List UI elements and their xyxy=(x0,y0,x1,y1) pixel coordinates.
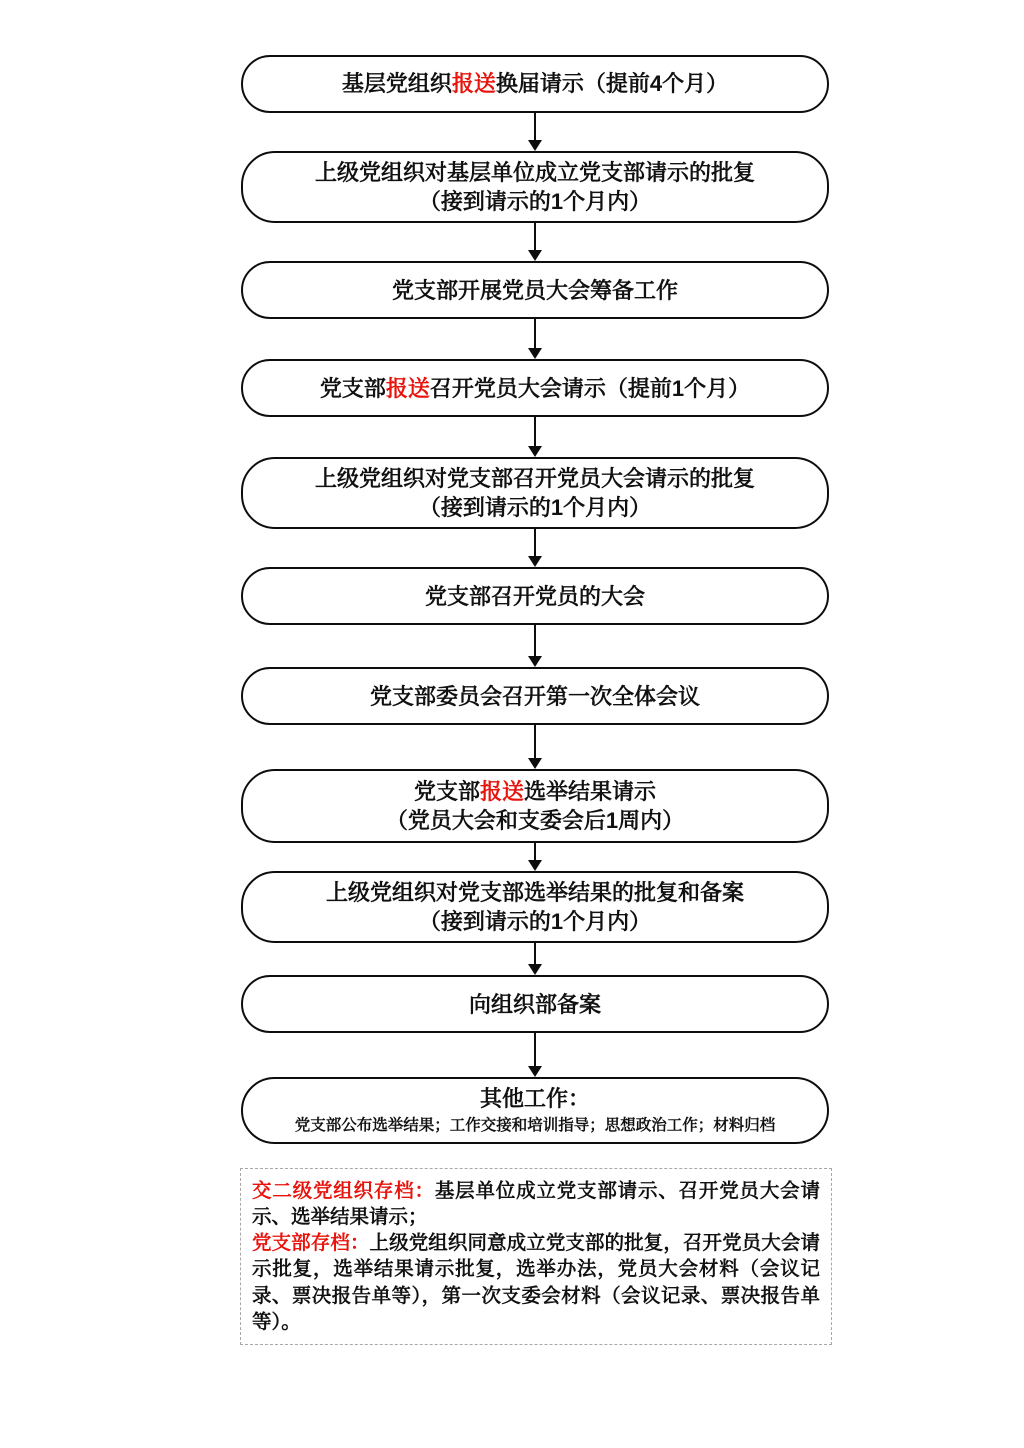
node-11-title: 其他工作： xyxy=(480,1084,590,1113)
arrow-line xyxy=(534,223,536,250)
arrow-line xyxy=(534,725,536,758)
arrow-down-icon xyxy=(528,446,542,457)
arrow-down-icon xyxy=(528,556,542,567)
flow-node-1: 基层党组织报送换届请示（提前4个月） xyxy=(241,55,829,113)
flow-arrow xyxy=(528,113,542,151)
flow-arrow xyxy=(528,625,542,667)
arrow-down-icon xyxy=(528,860,542,871)
arrow-line xyxy=(534,319,536,348)
arrow-down-icon xyxy=(528,964,542,975)
flow-node-8: 党支部报送选举结果请示 （党员大会和支委会后1周内） xyxy=(241,769,829,843)
flow-node-9: 上级党组织对党支部选举结果的批复和备案 （接到请示的1个月内） xyxy=(241,871,829,943)
note-item-2-label: 党支部存档： xyxy=(252,1232,370,1254)
node-1-highlight: 报送 xyxy=(452,71,496,96)
flowchart-page: 基层党组织报送换届请示（提前4个月） 上级党组织对基层单位成立党支部请示的批复 … xyxy=(0,0,1024,1448)
flow-arrow xyxy=(528,1033,542,1077)
node-1-text: 基层党组织报送换届请示（提前4个月） xyxy=(342,69,728,98)
arrow-line xyxy=(534,1033,536,1066)
flow-node-3: 党支部开展党员大会筹备工作 xyxy=(241,261,829,319)
node-8-post: 选举结果请示 xyxy=(524,779,656,804)
node-8-text: 党支部报送选举结果请示 xyxy=(414,777,656,806)
arrow-down-icon xyxy=(528,140,542,151)
node-2-line1: 上级党组织对基层单位成立党支部请示的批复 xyxy=(315,158,755,187)
flow-arrow xyxy=(528,319,542,359)
node-1-pre: 基层党组织 xyxy=(342,71,452,96)
flowchart-column: 基层党组织报送换届请示（提前4个月） 上级党组织对基层单位成立党支部请示的批复 … xyxy=(241,55,829,1144)
node-5-line2: （接到请示的1个月内） xyxy=(419,493,651,522)
flow-arrow xyxy=(528,725,542,769)
node-8-line2: （党员大会和支委会后1周内） xyxy=(386,806,684,835)
arrow-line xyxy=(534,843,536,860)
flow-node-11: 其他工作： 党支部公布选举结果；工作交接和培训指导；思想政治工作；材料归档 xyxy=(241,1077,829,1144)
flow-arrow xyxy=(528,943,542,975)
arrow-line xyxy=(534,529,536,556)
flow-node-5: 上级党组织对党支部召开党员大会请示的批复 （接到请示的1个月内） xyxy=(241,457,829,529)
node-4-text: 党支部报送召开党员大会请示（提前1个月） xyxy=(320,374,750,403)
flow-node-10: 向组织部备案 xyxy=(241,975,829,1033)
flow-arrow xyxy=(528,417,542,457)
flow-node-6: 党支部召开党员的大会 xyxy=(241,567,829,625)
flow-node-2: 上级党组织对基层单位成立党支部请示的批复 （接到请示的1个月内） xyxy=(241,151,829,223)
node-8-highlight: 报送 xyxy=(480,779,524,804)
arrow-down-icon xyxy=(528,656,542,667)
node-4-post: 召开党员大会请示（提前1个月） xyxy=(430,376,750,401)
arrow-line xyxy=(534,625,536,656)
arrow-down-icon xyxy=(528,1066,542,1077)
arrow-down-icon xyxy=(528,250,542,261)
archive-note-box: 交二级党组织存档：基层单位成立党支部请示、召开党员大会请示、选举结果请示； 党支… xyxy=(240,1168,832,1345)
node-3-line1: 党支部开展党员大会筹备工作 xyxy=(392,276,678,305)
note-item-1-label: 交二级党组织存档： xyxy=(252,1180,435,1202)
node-9-line1: 上级党组织对党支部选举结果的批复和备案 xyxy=(326,878,744,907)
node-5-line1: 上级党组织对党支部召开党员大会请示的批复 xyxy=(315,464,755,493)
node-4-pre: 党支部 xyxy=(320,376,386,401)
flow-arrow xyxy=(528,529,542,567)
node-2-line2: （接到请示的1个月内） xyxy=(419,187,651,216)
flow-node-7: 党支部委员会召开第一次全体会议 xyxy=(241,667,829,725)
node-8-pre: 党支部 xyxy=(414,779,480,804)
node-11-detail: 党支部公布选举结果；工作交接和培训指导；思想政治工作；材料归档 xyxy=(295,1116,776,1137)
node-4-highlight: 报送 xyxy=(386,376,430,401)
node-1-post: 换届请示（提前4个月） xyxy=(496,71,728,96)
node-10-line1: 向组织部备案 xyxy=(469,990,601,1019)
arrow-line xyxy=(534,943,536,964)
arrow-line xyxy=(534,417,536,446)
flow-arrow xyxy=(528,223,542,261)
arrow-down-icon xyxy=(528,348,542,359)
node-6-line1: 党支部召开党员的大会 xyxy=(425,582,645,611)
node-9-line2: （接到请示的1个月内） xyxy=(419,907,651,936)
node-7-line1: 党支部委员会召开第一次全体会议 xyxy=(370,682,700,711)
arrow-down-icon xyxy=(528,758,542,769)
flow-node-4: 党支部报送召开党员大会请示（提前1个月） xyxy=(241,359,829,417)
arrow-line xyxy=(534,113,536,140)
flow-arrow xyxy=(528,843,542,871)
